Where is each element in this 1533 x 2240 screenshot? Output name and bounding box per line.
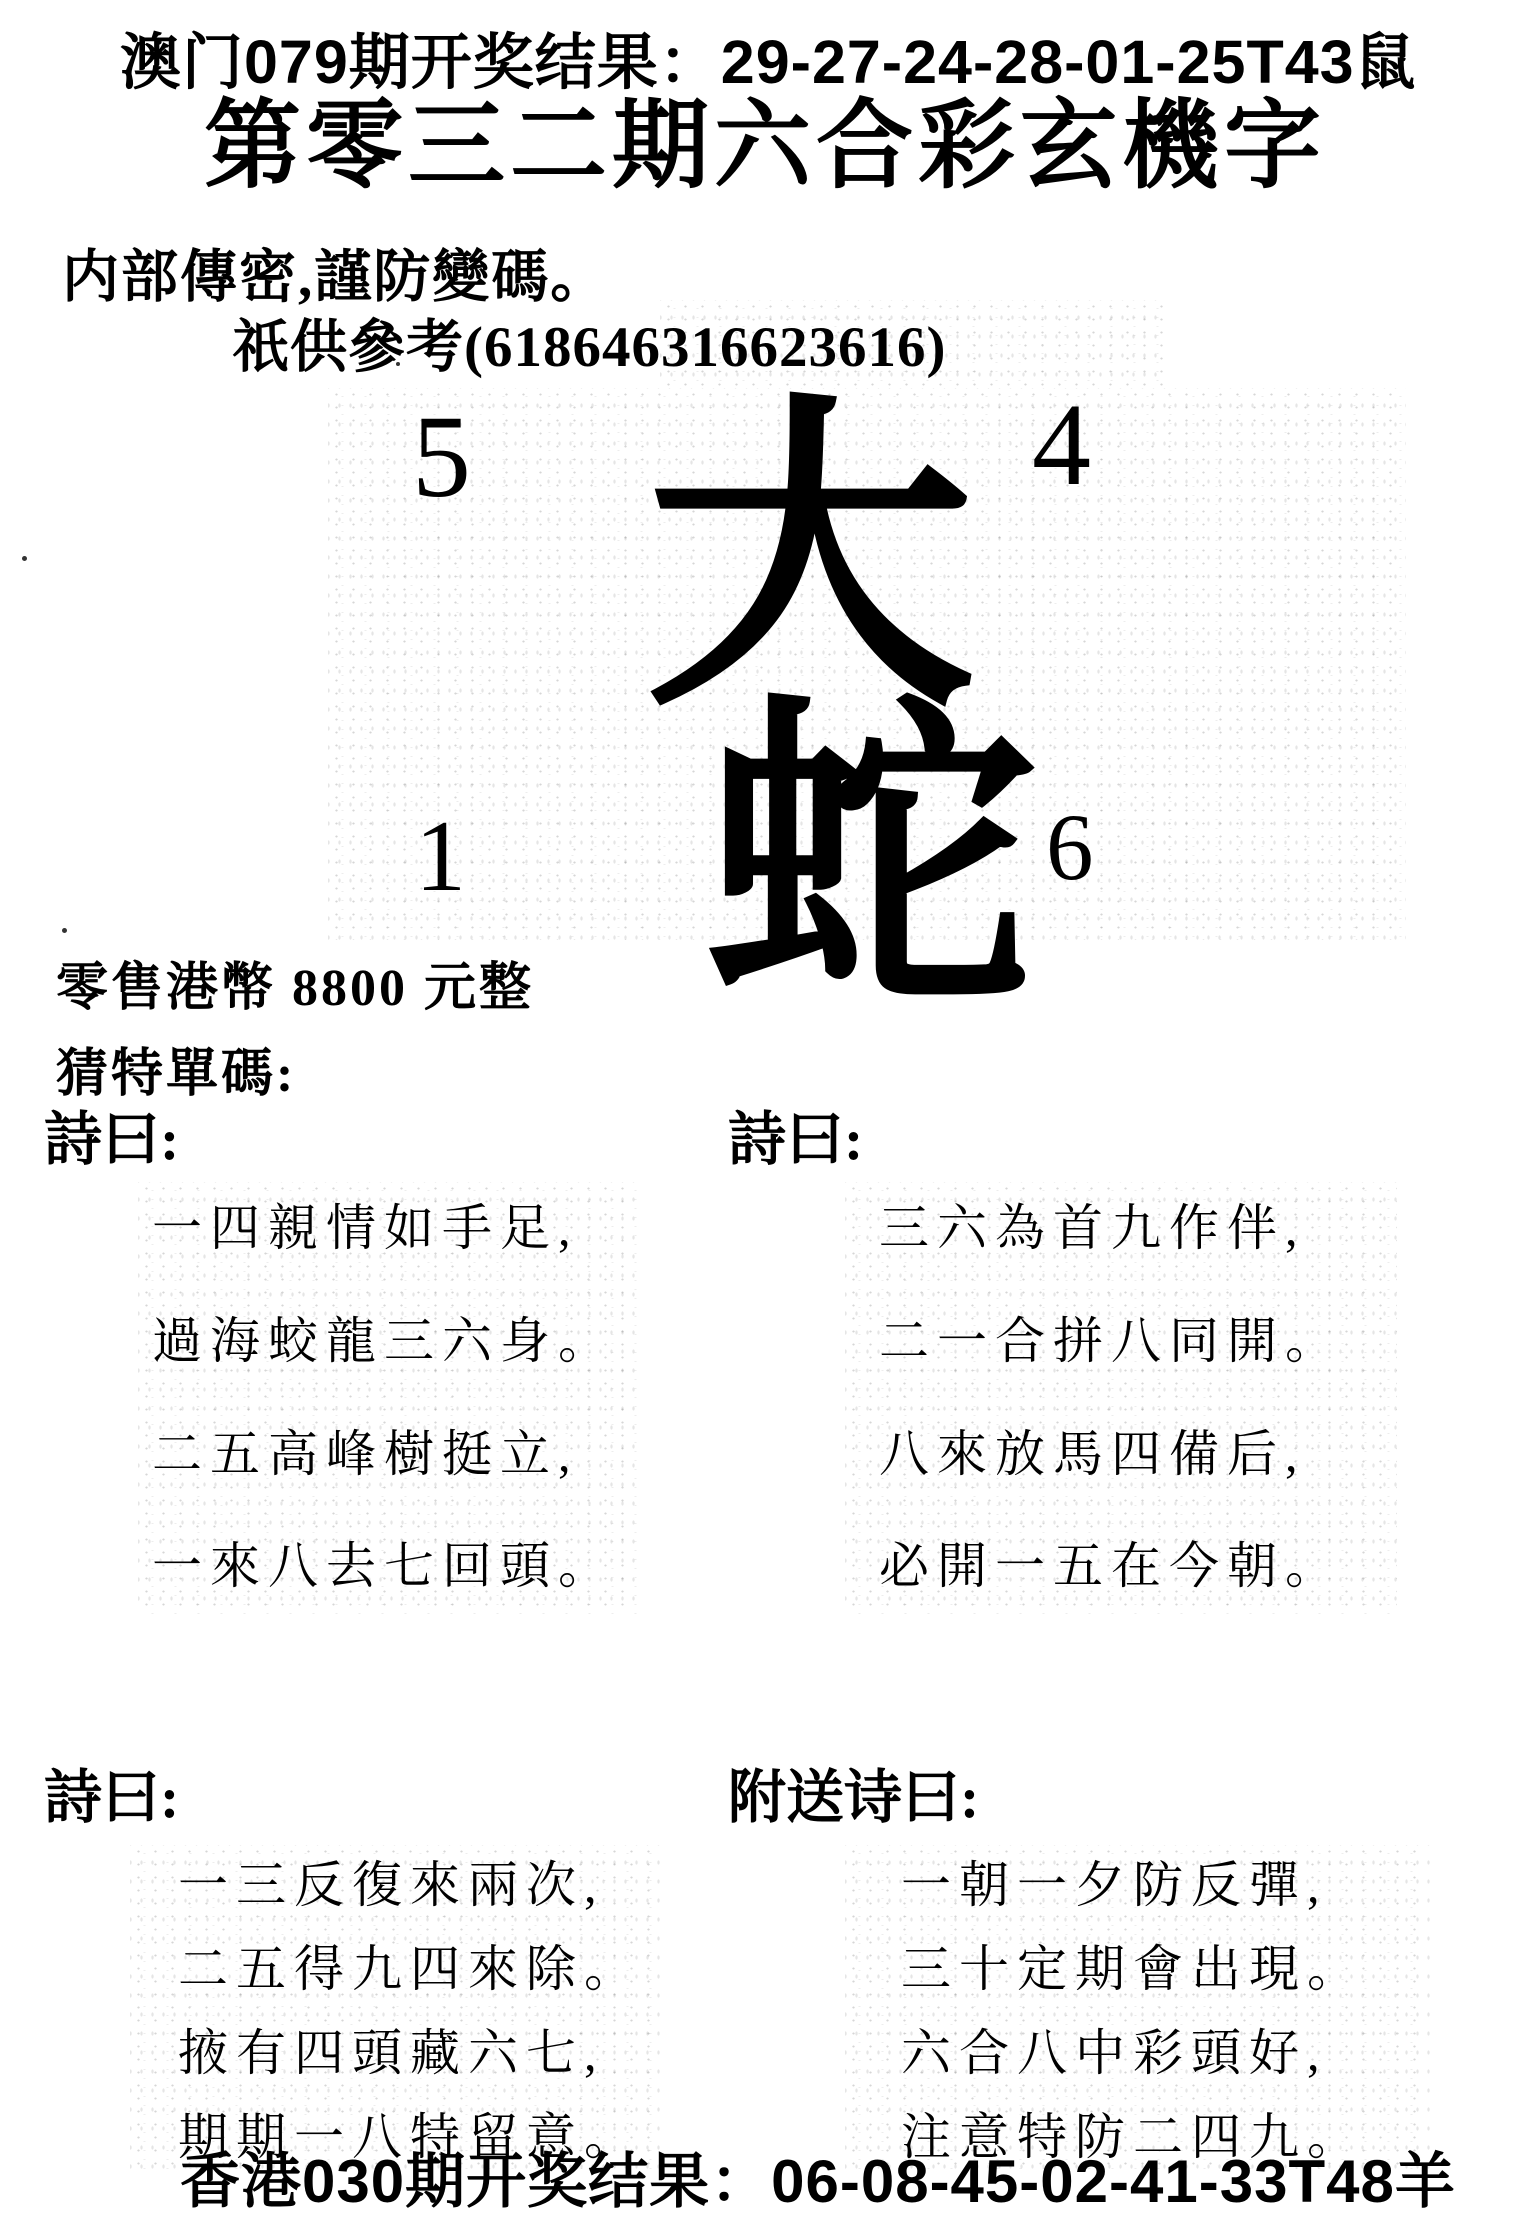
poem-3-line-1: 一三反復來兩次, bbox=[178, 1857, 662, 1915]
poem-header-1: 詩曰: bbox=[44, 1108, 179, 1172]
mystery-character-top: 大 bbox=[540, 398, 1080, 728]
poem-2-line-1: 三六為首九作伴, bbox=[879, 1200, 1397, 1258]
scan-artifact-dot bbox=[62, 928, 67, 933]
document-page: 澳门079期开奖结果：29-27-24-28-01-25T43鼠 第零三二期六合… bbox=[0, 0, 1533, 2240]
poem-header-4: 附送诗曰: bbox=[728, 1766, 979, 1830]
retail-price-line: 零售港幣 8800 元整 bbox=[56, 960, 534, 1018]
scan-artifact-dot bbox=[22, 556, 27, 561]
poem-2-line-3: 八來放馬四備后, bbox=[879, 1426, 1397, 1484]
poem-4-line-2: 三十定期會出現。 bbox=[901, 1941, 1430, 1999]
poem-2-line-4: 必開一五在今朝。 bbox=[879, 1538, 1397, 1596]
poem-1-line-2: 過海蛟龍三六身。 bbox=[152, 1313, 638, 1371]
poem-1-line-3: 二五高峰樹挺立, bbox=[152, 1426, 638, 1484]
poem-4-line-3: 六合八中彩頭好, bbox=[901, 2025, 1430, 2083]
poem-3-line-3: 掖有四頭藏六七, bbox=[178, 2025, 662, 2083]
macau-result-line: 澳门079期开奖结果：29-27-24-28-01-25T43鼠 bbox=[120, 28, 1320, 96]
poem-box-3: 一三反復來兩次, 二五得九四來除。 掖有四頭藏六七, 期期一八特留意。 bbox=[130, 1845, 662, 2175]
mystery-character-bottom: 蛇 bbox=[600, 698, 1140, 1028]
guess-special-code-line: 猜特單碼: bbox=[56, 1046, 296, 1104]
page-title: 第零三二期六合彩玄機字 bbox=[90, 94, 1440, 201]
poem-box-2: 三六為首九作伴, 二一合拼八同開。 八來放馬四備后, 必開一五在今朝。 bbox=[845, 1182, 1397, 1614]
corner-number-bottom-left: 1 bbox=[415, 806, 466, 908]
corner-number-top-left: 5 bbox=[412, 398, 471, 516]
poem-1-line-4: 一來八去七回頭。 bbox=[152, 1538, 638, 1596]
poem-4-line-1: 一朝一夕防反彈, bbox=[901, 1857, 1430, 1915]
poem-header-2: 詩曰: bbox=[728, 1108, 863, 1172]
poem-box-4: 一朝一夕防反彈, 三十定期會出現。 六合八中彩頭好, 注意特防二四九。 bbox=[845, 1845, 1430, 2175]
poem-1-line-1: 一四親情如手足, bbox=[152, 1200, 638, 1258]
poem-3-line-2: 二五得九四來除。 bbox=[178, 1941, 662, 1999]
hk-result-line: 香港030期开奖结果：06-08-45-02-41-33T48羊 bbox=[180, 2148, 1360, 2215]
poem-2-line-2: 二一合拼八同開。 bbox=[879, 1313, 1397, 1371]
poem-box-1: 一四親情如手足, 過海蛟龍三六身。 二五高峰樹挺立, 一來八去七回頭。 bbox=[138, 1182, 638, 1614]
reference-note: 祇供參考(618646316623616) bbox=[232, 316, 946, 380]
poem-header-3: 詩曰: bbox=[44, 1766, 179, 1830]
secrecy-note: 内部傳密,謹防變碼。 bbox=[62, 246, 609, 310]
scan-artifact-dot bbox=[396, 362, 400, 366]
